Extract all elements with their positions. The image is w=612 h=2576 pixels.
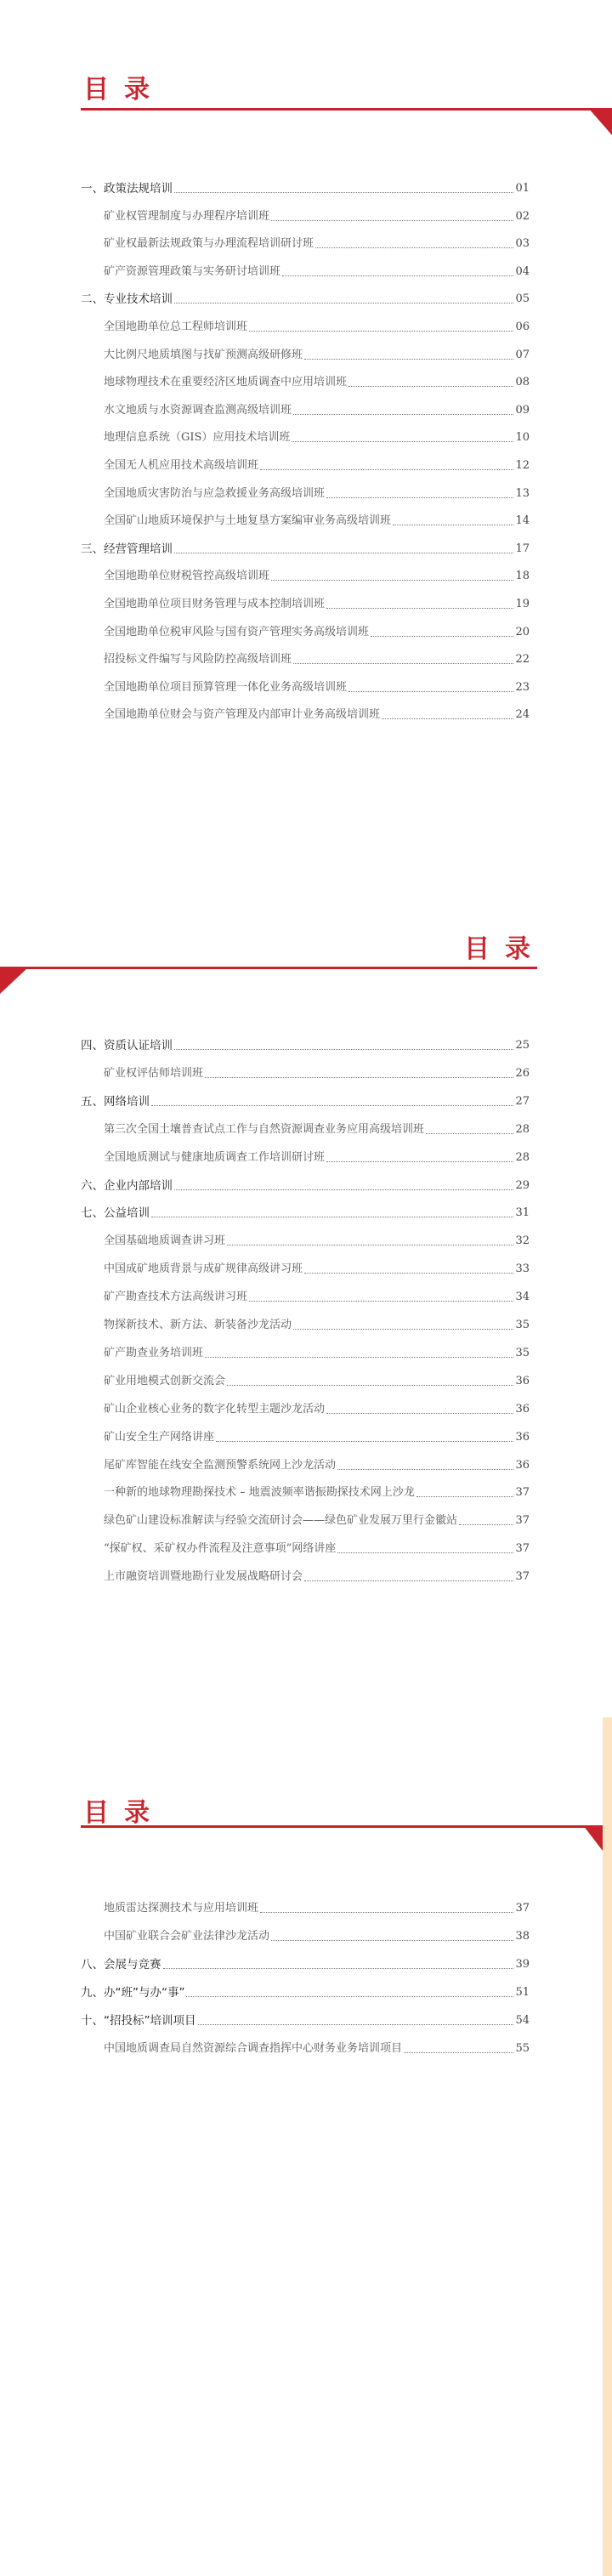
entry-page-number: 37 [515,1901,530,1916]
dot-leader [198,2023,514,2025]
toc-section-entry[interactable]: 八、会展与竞赛39 [81,1952,530,1972]
entry-page-number: 38 [515,1929,530,1944]
entry-page-number: 55 [515,2041,530,2057]
dot-leader [163,1967,514,1969]
entry-page-number: 54 [515,2013,530,2028]
toc-item-entry[interactable]: 中国地质调查局自然资源综合调查指挥中心财务业务培训项目55 [81,2036,530,2057]
toc-section-entry[interactable]: 九、办“班”与办“事”51 [81,1980,530,2000]
dot-leader [271,1939,513,1941]
toc-page-3: 目录 地质雷达探测技术与应用培训班37中国矿业联合会矿业法律沙龙活动38八、会展… [0,0,612,2576]
entry-label: 中国地质调查局自然资源综合调查指挥中心财务业务培训项目 [81,2041,402,2057]
toc-title: 目录 [83,1798,165,1829]
entry-label: 八、会展与竞赛 [81,1957,161,1972]
toc-item-entry[interactable]: 地质雷达探测技术与应用培训班37 [81,1896,530,1916]
corner-triangle [583,1825,603,1851]
title-underline [81,1825,603,1828]
entry-page-number: 39 [515,1957,530,1972]
dot-leader [404,2051,513,2053]
entry-page-number: 51 [515,1985,530,2000]
entry-label: 九、办“班”与办“事” [81,1985,184,2000]
entry-label: 十、“招投标”培训项目 [81,2013,196,2028]
entry-label: 中国矿业联合会矿业法律沙龙活动 [81,1929,269,1944]
dot-leader [186,1995,513,1997]
toc-section-entry[interactable]: 十、“招投标”培训项目54 [81,2008,530,2028]
dot-leader [260,1911,513,1913]
entry-label: 地质雷达探测技术与应用培训班 [81,1901,258,1916]
toc-item-entry[interactable]: 中国矿业联合会矿业法律沙龙活动38 [81,1924,530,1944]
